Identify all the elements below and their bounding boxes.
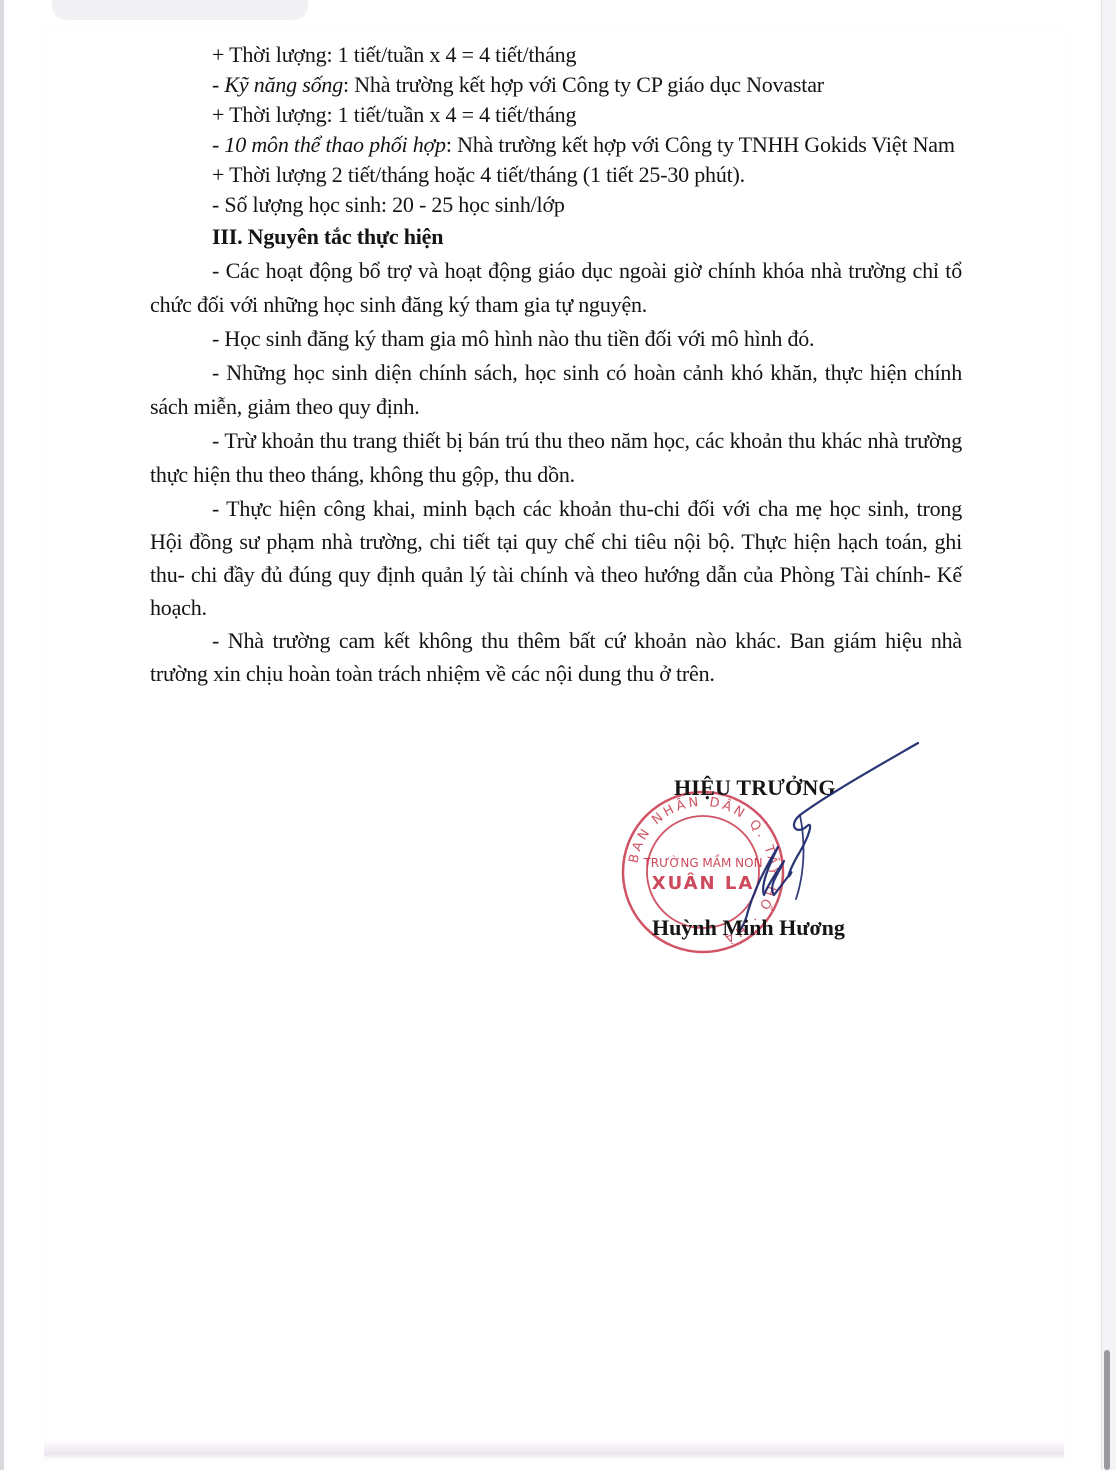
principle-paragraph: - Trừ khoản thu trang thiết bị bán trú t… [150, 424, 962, 492]
viewer-left-edge [0, 0, 4, 1470]
principle-paragraph: - Thực hiện công khai, minh bạch các kho… [150, 492, 962, 624]
duration-line: + Thời lượng 2 tiết/tháng hoặc 4 tiết/th… [150, 160, 962, 190]
sports-text: : Nhà trường kết hợp với Công ty TNHH Go… [446, 132, 955, 157]
principle-paragraph: - Những học sinh diện chính sách, học si… [150, 356, 962, 424]
previous-item-card[interactable] [52, 0, 308, 20]
sports-line: - 10 môn thể thao phối hợp: Nhà trường k… [150, 130, 962, 160]
duration-line: + Thời lượng: 1 tiết/tuần x 4 = 4 tiết/t… [150, 100, 962, 130]
principle-paragraph: - Học sinh đăng ký tham gia mô hình nào … [150, 322, 962, 356]
page-bottom-edge [44, 1440, 1064, 1460]
scrollbar-track[interactable] [1101, 0, 1116, 1470]
life-skills-line: - Kỹ năng sống: Nhà trường kết hợp với C… [150, 70, 962, 100]
document-viewer: + Thời lượng: 1 tiết/tuần x 4 = 4 tiết/t… [0, 0, 1116, 1470]
scrollbar-thumb[interactable] [1104, 1350, 1110, 1470]
signer-name: Huỳnh Minh Hương [652, 915, 845, 941]
signature-block: BAN NHÂN DÂN Q. TÂY HỒ · HÀ TRƯỜNG MẦM N… [600, 735, 940, 965]
class-size-line: - Số lượng học sinh: 20 - 25 học sinh/lớ… [150, 190, 962, 220]
section-heading: III. Nguyên tắc thực hiện [150, 220, 962, 254]
sports-label: - 10 môn thể thao phối hợp [212, 132, 446, 157]
document-body: + Thời lượng: 1 tiết/tuần x 4 = 4 tiết/t… [150, 40, 962, 690]
principle-paragraph: - Nhà trường cam kết không thu thêm bất … [150, 624, 962, 690]
life-skills-label: - Kỹ năng sống [212, 72, 343, 97]
life-skills-text: : Nhà trường kết hợp với Công ty CP giáo… [343, 72, 824, 97]
duration-line: + Thời lượng: 1 tiết/tuần x 4 = 4 tiết/t… [150, 40, 962, 70]
principle-paragraph: - Các hoạt động bổ trợ và hoạt động giáo… [150, 254, 962, 322]
